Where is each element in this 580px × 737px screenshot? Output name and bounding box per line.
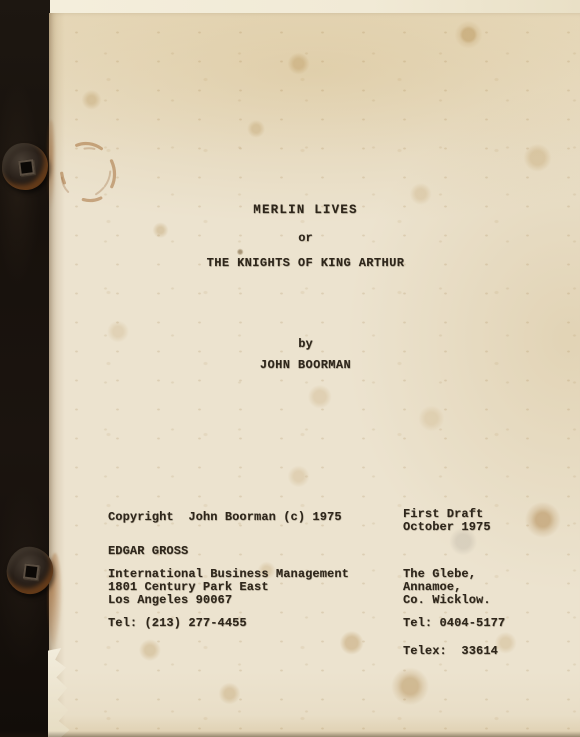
telex-line: Telex: 33614 — [403, 645, 498, 658]
agency-address-line-3: Los Angeles 90067 — [108, 594, 232, 607]
script-cover-photo: MERLIN LIVES or THE KNIGHTS OF KING ARTH… — [0, 0, 580, 737]
production-address-line-3: Co. Wicklow. — [403, 594, 491, 607]
underlying-page-edge — [50, 0, 580, 14]
cover-page: MERLIN LIVES or THE KNIGHTS OF KING ARTH… — [49, 13, 580, 737]
copyright-line: Copyright John Boorman (c) 1975 — [108, 511, 342, 524]
ring-stain — [52, 132, 126, 210]
agent-name: EDGAR GROSS — [108, 545, 188, 558]
fastener-hole — [23, 563, 40, 580]
photo-bottom-shadow — [0, 731, 580, 737]
agency-phone: Tel: (213) 277-4455 — [108, 617, 247, 630]
title-conjunction: or — [40, 232, 571, 245]
draft-date: October 1975 — [403, 521, 491, 534]
production-phone: Tel: 0404-5177 — [403, 617, 505, 630]
fastener-hole — [19, 159, 36, 176]
title-line-2: THE KNIGHTS OF KING ARTHUR — [40, 257, 571, 270]
byline-label: by — [40, 338, 571, 351]
binding-post-top-icon — [2, 143, 48, 190]
author-name: JOHN BOORMAN — [40, 359, 571, 372]
